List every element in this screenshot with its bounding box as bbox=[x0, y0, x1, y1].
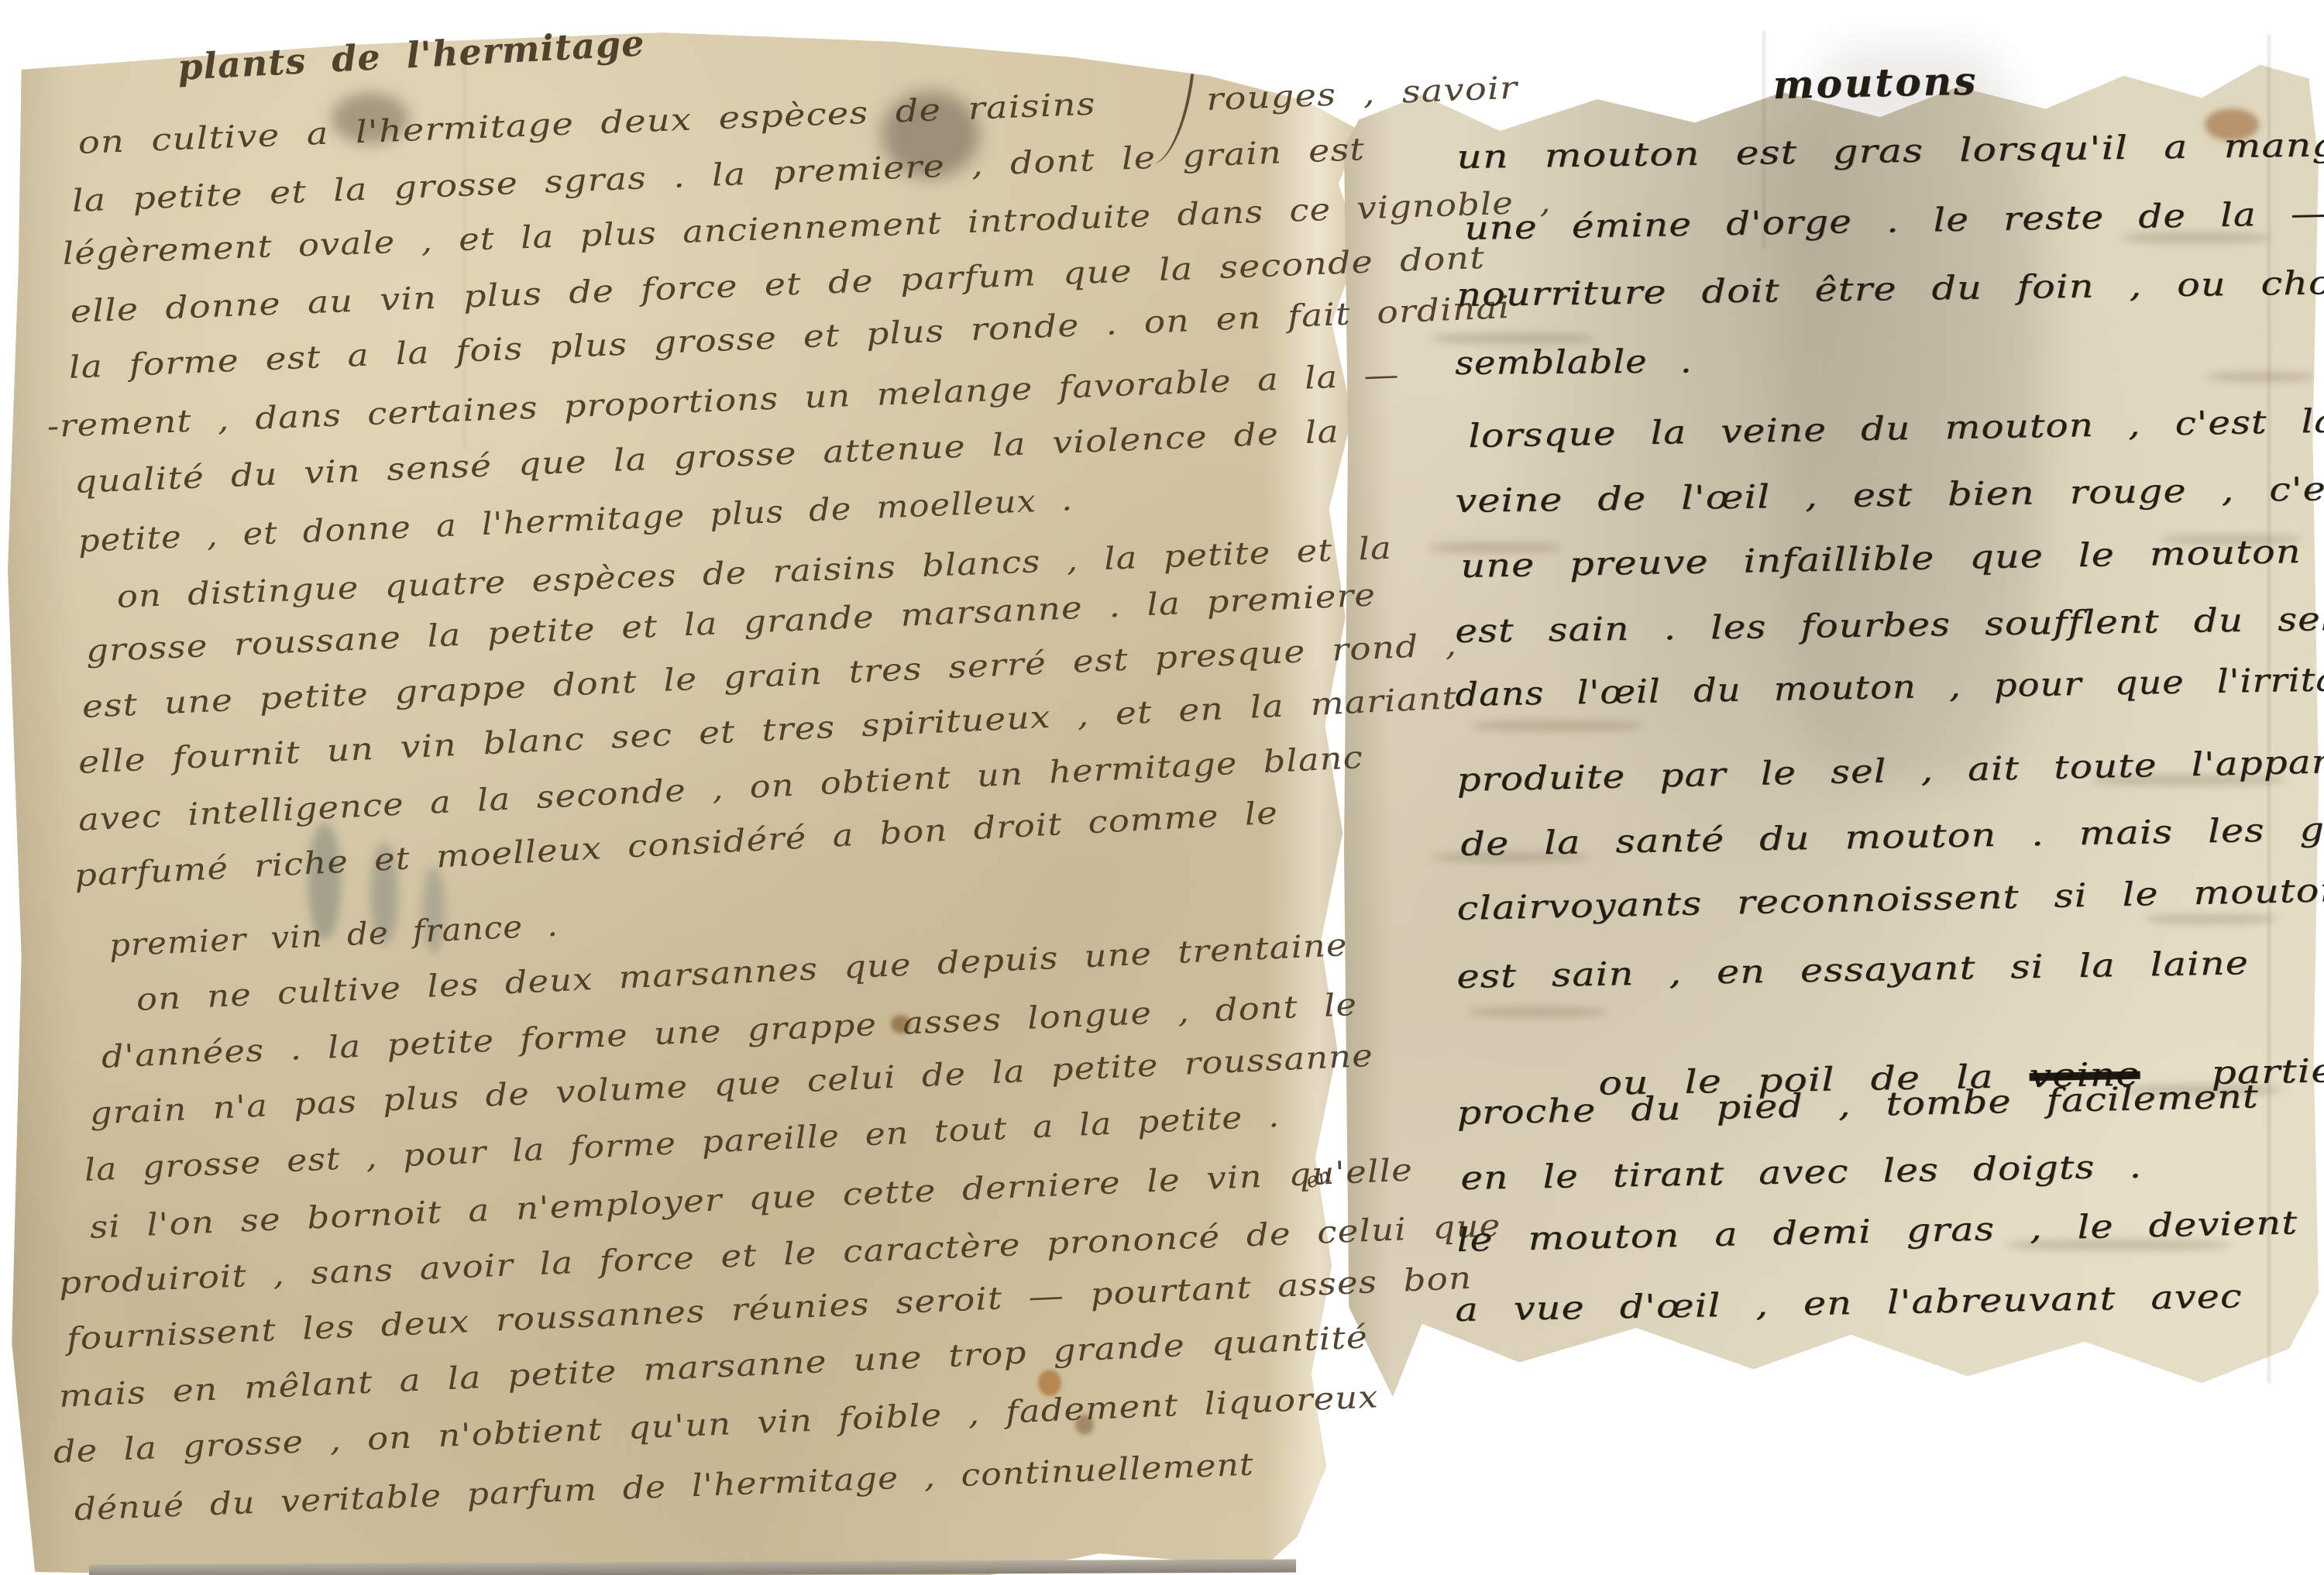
manuscript-line: semblable . bbox=[1455, 342, 1693, 382]
manuscript-scan: plants de l'hermitage on cultive a l'her… bbox=[0, 0, 2324, 1575]
right-page-title: moutons bbox=[1772, 57, 1978, 108]
